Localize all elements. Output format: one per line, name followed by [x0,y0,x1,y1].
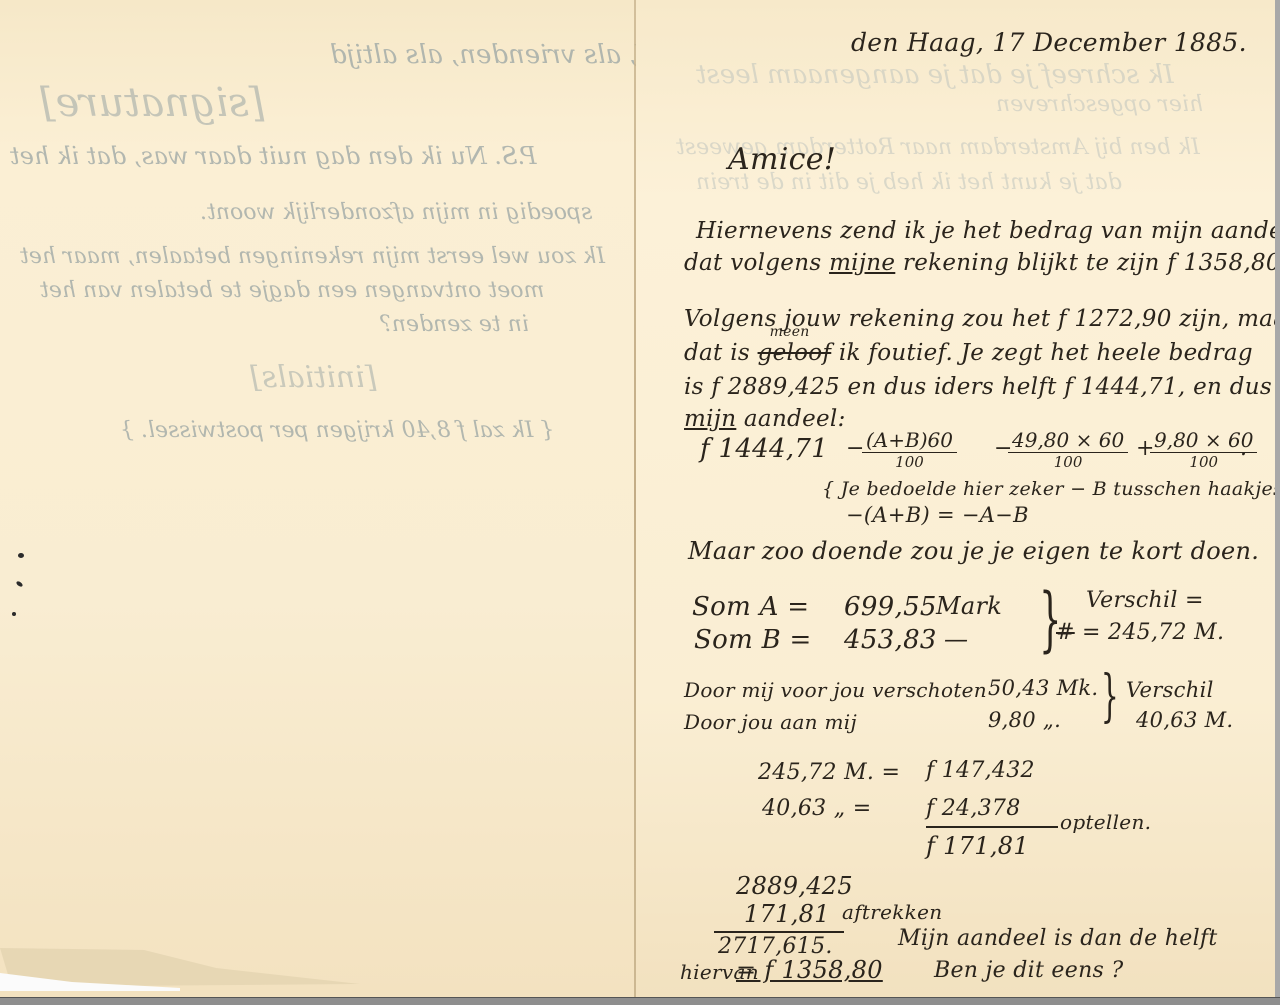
sum-a-unit: Mark [936,592,1002,620]
place-date: den Haag, 17 December 1885. [851,28,1247,57]
advance-1-label: Door mij voor jou verschoten [684,678,987,702]
ink-speck [15,580,23,587]
advances-difference-value: 40,63 M. [1136,708,1233,732]
paragraph-1-line-1: Hiernevens zend ik je het bedrag van mij… [696,218,1275,244]
paragraph-2-line-2: dat is geloofmeen ik foutief. Je zegt he… [684,340,1253,366]
advance-2-label: Door jou aan mij [684,710,857,734]
bleed-line: Hou U, als vrienden, als altijd [330,40,636,70]
bleed-line: P.S. Nu ik den dag nuit daar was, dat ik… [10,142,536,170]
right-page: Ik schreef je dat je aangenaam leest hie… [636,0,1275,998]
scanned-letter: Hou U, als vrienden, als altijd [signatu… [0,0,1280,1005]
bleed-line: { Ik zal f 8,40 krijgen per postwissel. … [120,418,554,443]
paragraph-2-line-4: mijn aandeel: [684,406,846,432]
conclusion-value: = f 1358,80 [736,956,883,984]
scanner-edge [0,997,1280,1005]
difference-rule [714,931,844,933]
bleed-line: Ik schreef je dat je aangenaam leest [696,60,1174,90]
advances-difference-label: Verschil [1126,678,1214,702]
ink-speck [18,553,24,558]
sum-b-value: 453,83 [844,625,937,655]
conversion-row-2-guilders: f 24,378 [926,796,1021,821]
subtraction-subtrahend: 171,81 [744,900,830,928]
sum-a-label: Som A = [692,592,809,622]
left-page: Hou U, als vrienden, als altijd [signatu… [0,0,636,998]
bleed-initials: [initials] [250,360,376,395]
conversion-row-2-marks: 40,63 „ = [762,796,872,821]
brace: } [1039,578,1061,660]
formula-base: f 1444,71 [700,434,828,464]
paragraph-1-line-2: dat volgens mijne rekening blijkt te zij… [684,250,1275,276]
bleed-line: Ik zou wel eerst mijn rekeningen betaale… [20,244,605,269]
salutation: Amice! [728,142,836,177]
subtraction-minuend: 2889,425 [736,872,853,900]
sums-difference-value: # = 245,72 M. [1056,620,1224,645]
sums-difference-label: Verschil = [1086,588,1204,613]
conclusion-question: Ben je dit eens ? [934,958,1124,983]
brace: } [1101,664,1119,729]
paragraph-3: Maar zoo doende zou je je eigen te kort … [688,537,1259,565]
conclusion-line-1: Mijn aandeel is dan de helft [898,926,1217,951]
aside-line-1: { Je bedoelde hier zeker − B tusschen ha… [822,478,1275,500]
advance-2-value: 9,80 „. [988,708,1061,732]
conversion-note: optellen. [1060,810,1151,834]
bleed-line: in te zenden? [380,312,529,337]
paragraph-2-line-3: is f 2889,425 en dus iders helft f 1444,… [684,374,1272,400]
conversion-row-1-guilders: f 147,432 [926,758,1035,783]
formula-end: . [1240,436,1247,461]
formula-term-2: 49,80 × 60 100 [1008,428,1128,471]
sum-b-label: Som B = [694,625,812,655]
aside-line-2: −(A+B) = −A−B [846,503,1029,527]
bleed-line: spoedig in mijn afzonderlijk woont. [200,200,592,225]
sum-a-value: 699,55 [844,592,937,622]
conversion-row-1-marks: 245,72 M. = [758,760,900,785]
sum-b-unit: — [944,625,968,653]
advance-1-value: 50,43 Mk. [988,676,1098,700]
bleed-line: hier opgeschreven [996,92,1203,117]
subtraction-note: aftrekken [842,900,942,924]
formula-term-1: (A+B)60 100 [862,428,957,471]
ink-speck [12,612,16,616]
sum-rule [926,826,1058,828]
bleed-line: moet ontvangen een dagje te betalen van … [40,278,544,303]
bleed-signature: [signature] [40,80,264,126]
conversion-total: f 171,81 [926,832,1029,860]
